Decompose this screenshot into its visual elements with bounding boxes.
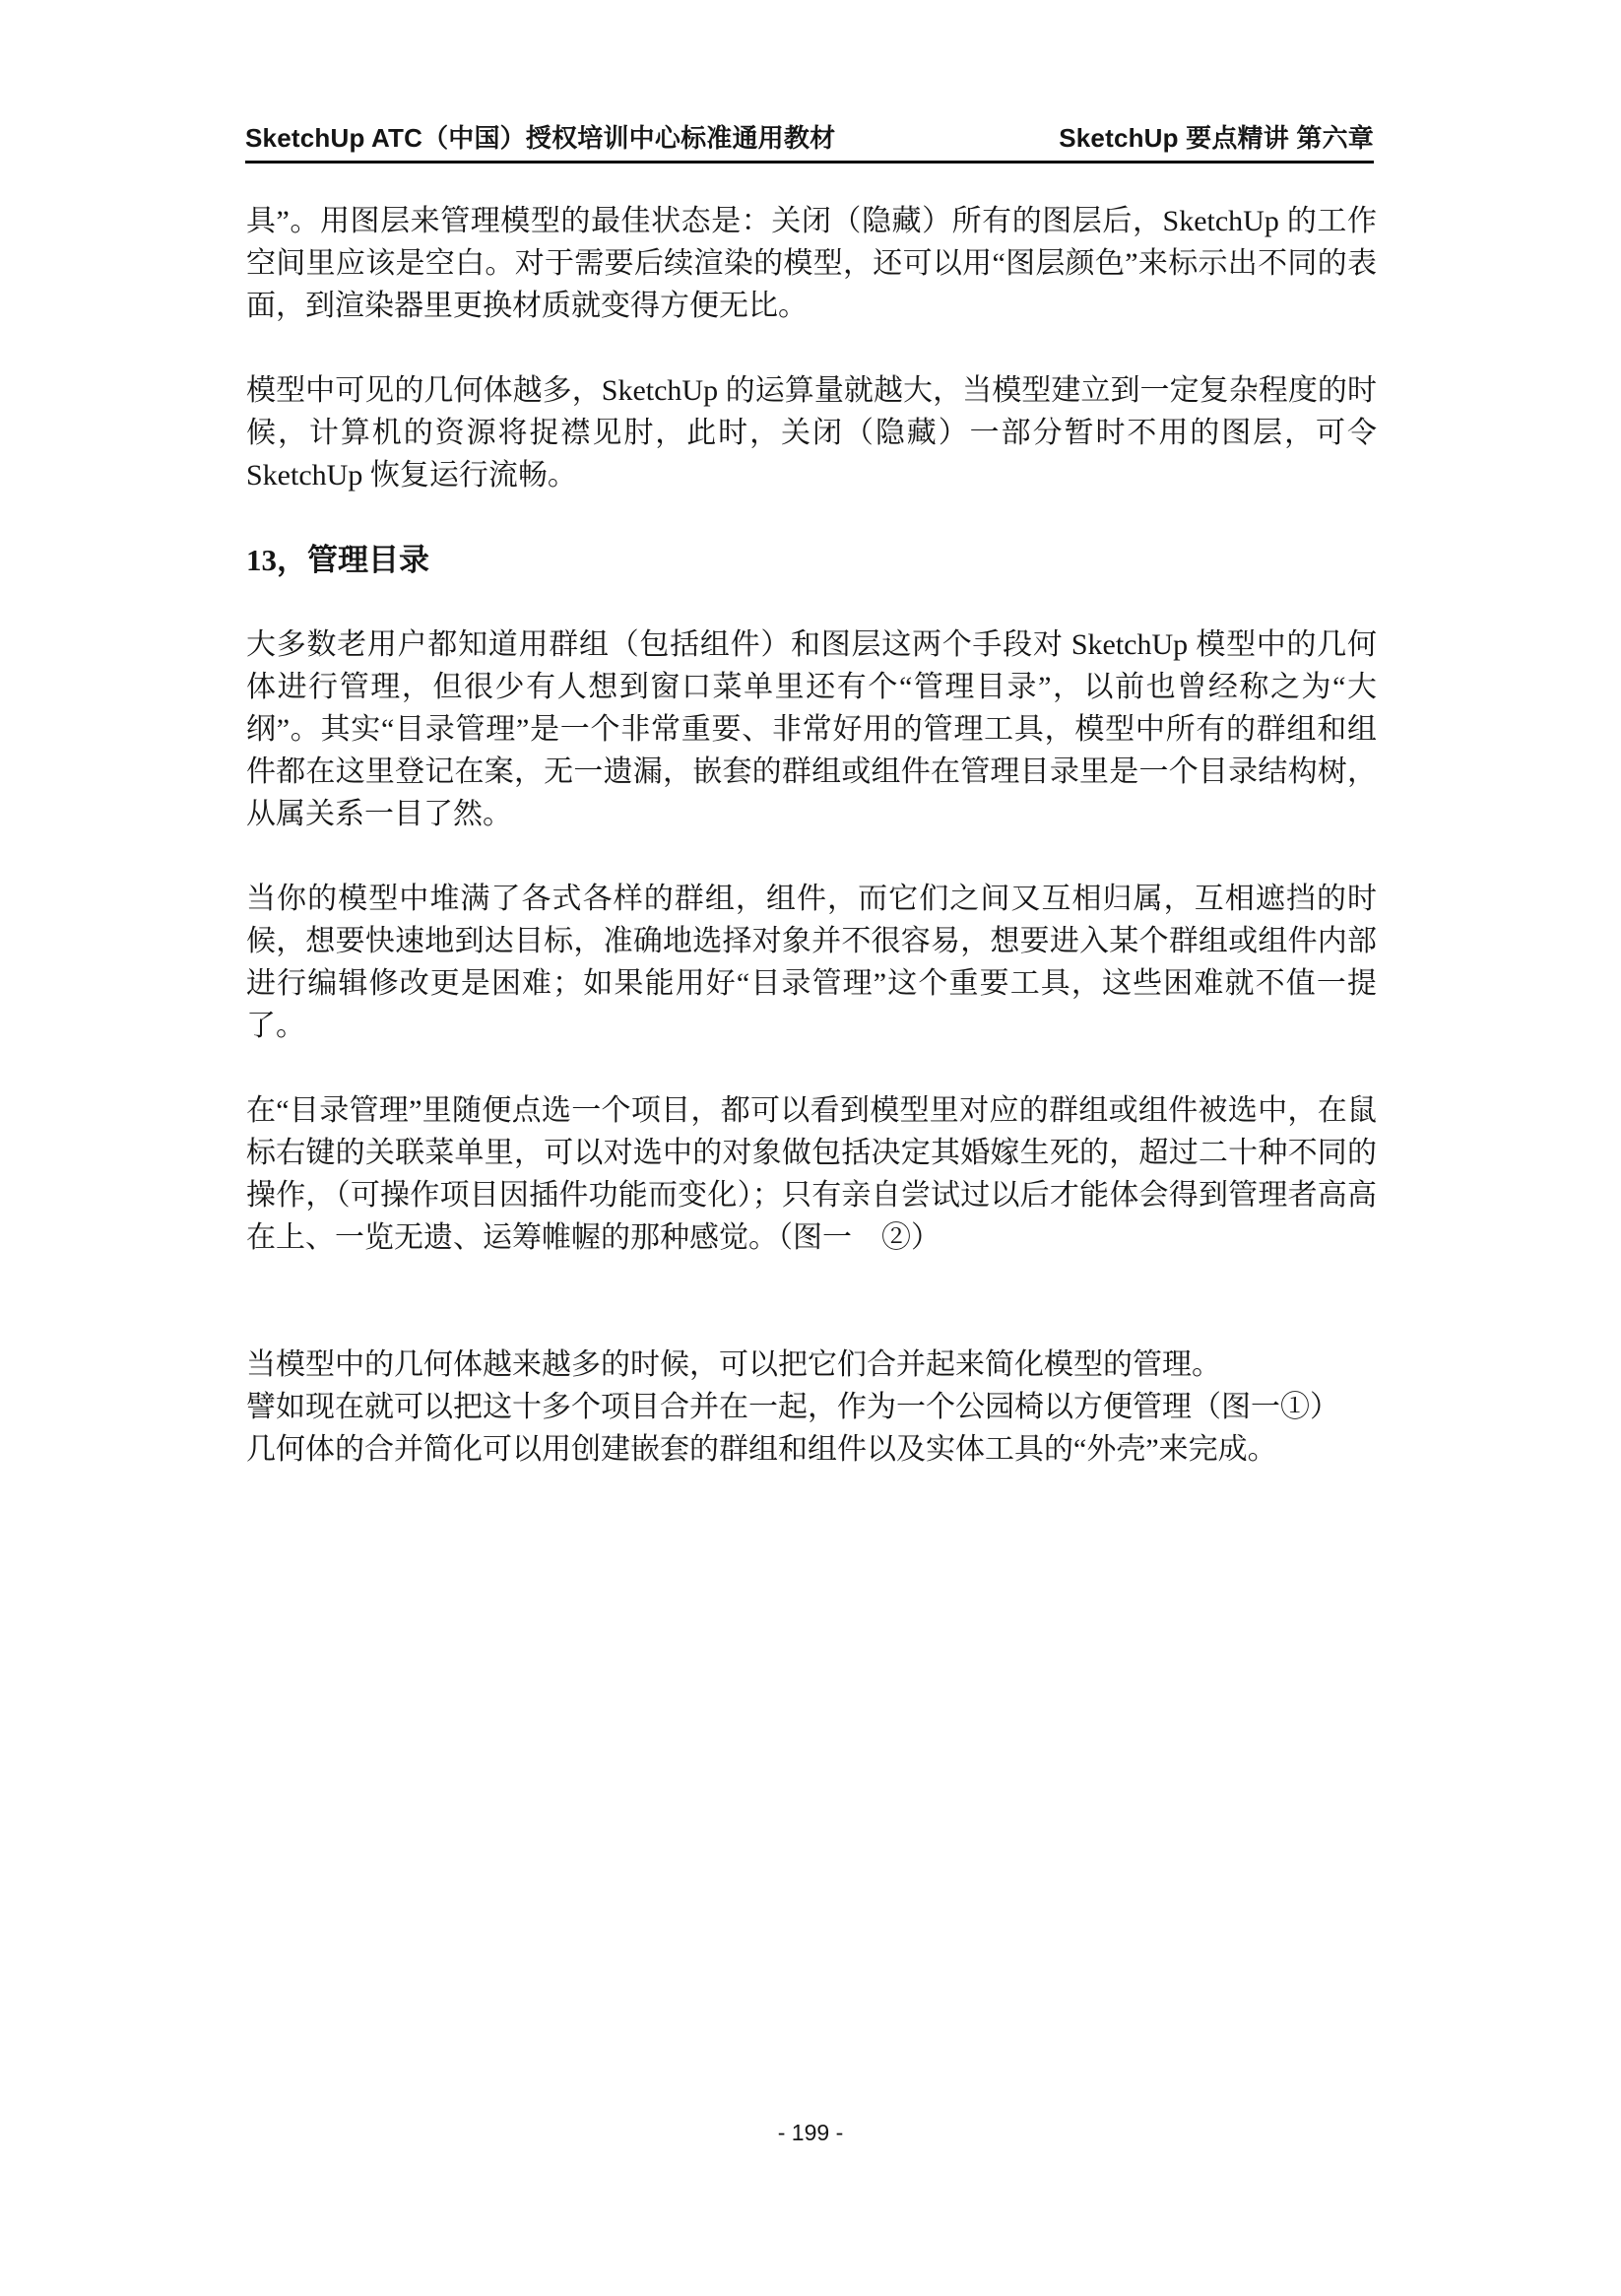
- page-number: - 199 -: [0, 2120, 1621, 2146]
- document-body: 具”。用图层来管理模型的最佳状态是：关闭（隐藏）所有的图层后，SketchUp …: [246, 200, 1377, 1471]
- closing-paragraph: 当模型中的几何体越来越多的时候，可以把它们合并起来简化模型的管理。 譬如现在就可…: [246, 1344, 1377, 1471]
- header-right-title: SketchUp 要点精讲 第六章: [1059, 118, 1374, 155]
- document-page: SketchUp ATC（中国）授权培训中心标准通用教材 SketchUp 要点…: [0, 0, 1621, 2296]
- closing-line: 当模型中的几何体越来越多的时候，可以把它们合并起来简化模型的管理。: [246, 1344, 1377, 1386]
- page-header: SketchUp ATC（中国）授权培训中心标准通用教材 SketchUp 要点…: [245, 118, 1374, 164]
- header-left-title: SketchUp ATC（中国）授权培训中心标准通用教材: [245, 118, 835, 155]
- paragraph: 在“目录管理”里随便点选一个项目，都可以看到模型里对应的群组或组件被选中，在鼠标…: [246, 1089, 1377, 1259]
- closing-line: 譬如现在就可以把这十多个项目合并在一起，作为一个公园椅以方便管理（图一①）: [246, 1386, 1377, 1428]
- section-heading: 13，管理目录: [246, 539, 1377, 581]
- paragraph: 具”。用图层来管理模型的最佳状态是：关闭（隐藏）所有的图层后，SketchUp …: [246, 200, 1377, 327]
- paragraph: 大多数老用户都知道用群组（包括组件）和图层这两个手段对 SketchUp 模型中…: [246, 623, 1377, 835]
- paragraph: 当你的模型中堆满了各式各样的群组，组件，而它们之间又互相归属，互相遮挡的时候，想…: [246, 878, 1377, 1047]
- paragraph: 模型中可见的几何体越多，SketchUp 的运算量就越大，当模型建立到一定复杂程…: [246, 369, 1377, 496]
- closing-line: 几何体的合并简化可以用创建嵌套的群组和组件以及实体工具的“外壳”来完成。: [246, 1428, 1377, 1471]
